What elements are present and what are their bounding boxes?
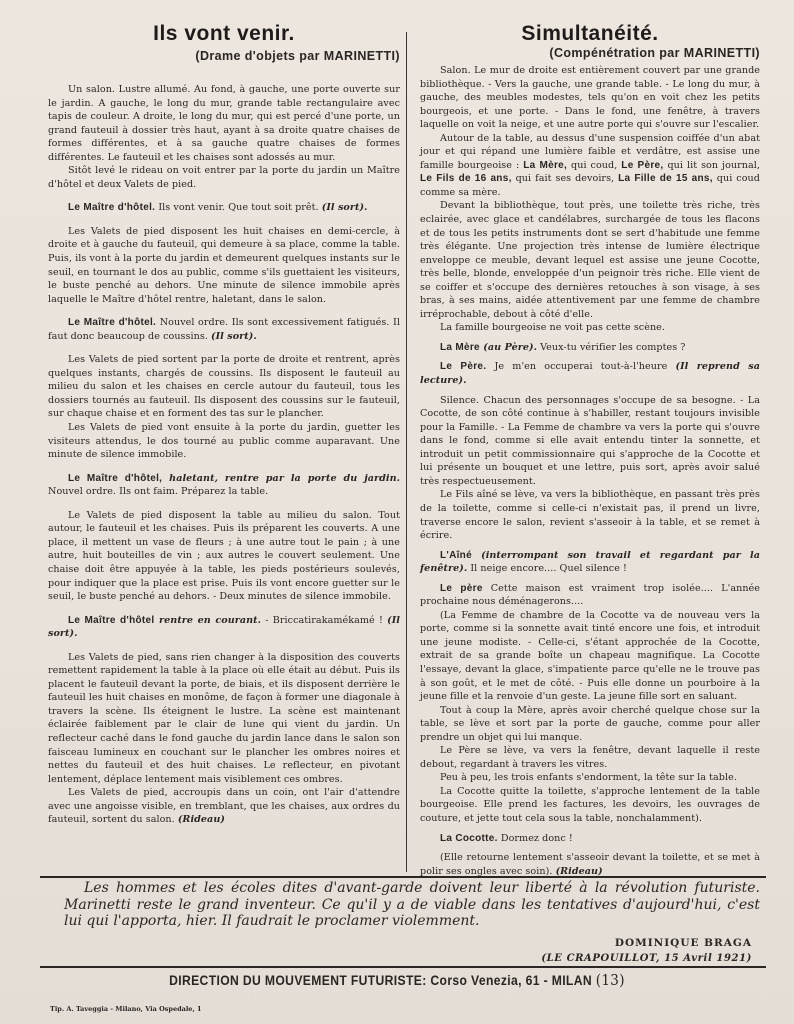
horizontal-rule [40, 876, 766, 878]
left-paragraph: Sitôt levé le rideau on voit entrer par … [48, 164, 400, 191]
right-paragraph: Peu à peu, les trois enfants s'endorment… [420, 771, 760, 785]
stage-direction: (Il sort). [211, 331, 257, 342]
printer-credit: Tip. A. Taveggia - Milano, Via Ospedale,… [50, 1005, 202, 1013]
quote-source: (LE CRAPOUILLOT, 15 Avril 1921) [541, 951, 752, 967]
left-title: Ils vont venir. [48, 22, 400, 46]
left-paragraph: Le Valets de pied disposent la table au … [48, 509, 400, 604]
dialogue-line: Le Maître d'hôtel. Ils vont venir. Que t… [48, 201, 400, 215]
right-paragraph: (La Femme de chambre de la Cocotte va de… [420, 609, 760, 704]
dialogue-line: La Cocotte. Dormez donc ! [420, 832, 760, 846]
left-column: Ils vont venir. (Drame d'objets par MARI… [48, 22, 400, 827]
speaker: Le Maître d'hôtel. [68, 202, 155, 213]
right-subtitle: (Compénétration par MARINETTI) [420, 46, 760, 60]
stage-direction: (Rideau) [556, 866, 603, 877]
speaker: L'Aîné [440, 550, 472, 561]
left-paragraph: Les Valets de pied sortent par la porte … [48, 353, 400, 421]
dialogue-line: L'Aîné (interrompant son travail et rega… [420, 549, 760, 576]
dialogue-line: Le Père. Je m'en occuperai tout-à-l'heur… [420, 360, 760, 387]
right-paragraph: Salon. Le mur de droite est entièrement … [420, 64, 760, 132]
speaker: La Cocotte. [440, 833, 498, 844]
right-paragraph: Devant la bibliothèque, tout près, une t… [420, 199, 760, 321]
left-paragraph: Les Valets de pied, sans rien changer à … [48, 651, 400, 786]
dialogue-line: Le Maître d'hôtel rentre en courant. - B… [48, 614, 400, 641]
right-paragraph: La famille bourgeoise ne voit pas cette … [420, 321, 760, 335]
quote-author: DOMINIQUE BRAGA [541, 935, 752, 951]
speaker: Le Maître d'hôtel. [68, 317, 156, 328]
dialogue-line: Le Maître d'hôtel. Nouvel ordre. Ils son… [48, 316, 400, 343]
speaker: Le Maître d'hôtel [68, 615, 154, 626]
right-paragraph: Le Fils aîné se lève, va vers la bibliot… [420, 488, 760, 542]
speaker: La Mère [440, 342, 480, 353]
stage-direction: haletant, rentre par la porte du jardin. [162, 473, 400, 484]
column-divider [406, 32, 407, 872]
stage-direction: (Rideau) [178, 814, 225, 825]
right-paragraph: (Elle retourne lentement s'asseoir devan… [420, 851, 760, 878]
quote-text: Les hommes et les écoles dites d'avant-g… [64, 880, 760, 930]
document-page: Ils vont venir. (Drame d'objets par MARI… [0, 0, 794, 1024]
left-subtitle: (Drame d'objets par MARINETTI) [48, 49, 400, 63]
speaker: Le Père. [440, 361, 486, 372]
left-paragraph: Les Valets de pied disposent les huit ch… [48, 225, 400, 306]
right-paragraph: La Cocotte quitte la toilette, s'approch… [420, 785, 760, 826]
right-paragraph: Autour de la table, au dessus d'une susp… [420, 132, 760, 200]
right-paragraph: Le Père se lève, va vers la fenêtre, dev… [420, 744, 760, 771]
stage-direction: (Il sort). [322, 202, 368, 213]
left-paragraph: Un salon. Lustre allumé. Au fond, à gauc… [48, 83, 400, 164]
right-column: Simultanéité. (Compénétration par MARINE… [420, 22, 760, 878]
stage-direction: rentre en courant. [154, 615, 261, 626]
right-title: Simultanéité. [420, 22, 760, 46]
right-paragraph: Tout à coup la Mère, après avoir cherché… [420, 704, 760, 745]
page-number: (13) [596, 971, 625, 989]
left-paragraph: Les Valets de pied, accroupis dans un co… [48, 786, 400, 827]
dialogue-line: Le Maître d'hôtel, haletant, rentre par … [48, 472, 400, 499]
dialogue-line: La Mère (au Père). Veux-tu vérifier les … [420, 341, 760, 355]
dialogue-line: Le père Cette maison est vraiment trop i… [420, 582, 760, 609]
speaker: Le Maître d'hôtel, [68, 473, 162, 484]
speaker: Le père [440, 583, 483, 594]
quote-attribution: DOMINIQUE BRAGA (LE CRAPOUILLOT, 15 Avri… [541, 935, 752, 967]
footer-address: DIRECTION DU MOUVEMENT FUTURISTE: Corso … [40, 971, 755, 989]
stage-direction: (au Père). [480, 342, 537, 353]
left-paragraph: Les Valets de pied vont ensuite à la por… [48, 421, 400, 462]
horizontal-rule [40, 966, 766, 968]
right-paragraph: Silence. Chacun des personnages s'occupe… [420, 394, 760, 489]
